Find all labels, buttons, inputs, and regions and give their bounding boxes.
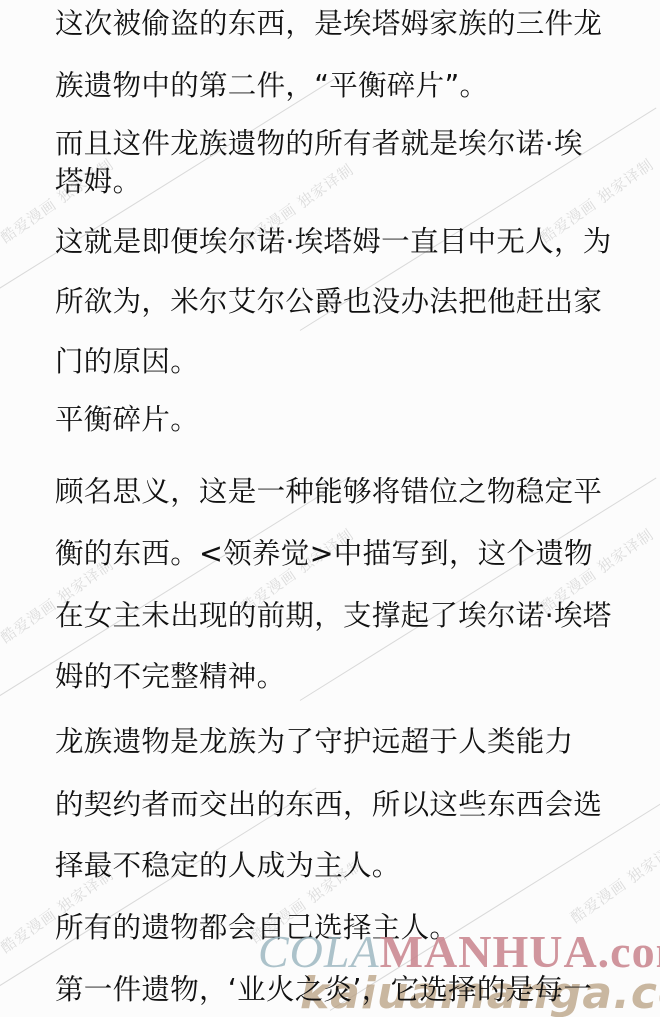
text-line: 平衡碎片。 [55,402,645,438]
text-line: 所欲为，米尔艾尔公爵也没办法把他赶出家 [55,284,645,320]
text-line: 而且这件龙族遗物的所有者就是埃尔诺·埃 [55,126,645,162]
text-line: 姆的不完整精神。 [55,659,645,695]
text-line: 族遗物中的第二件，“平衡碎片”。 [55,68,645,104]
site-watermark-manhua: MANHUA.com [380,926,660,977]
text-line: 这次被偷盗的东西，是埃塔姆家族的三件龙 [55,6,645,42]
text-line: 在女主未出现的前期，支撑起了埃尔诺·埃塔 [55,598,645,634]
text-line: 择最不稳定的人成为主人。 [55,848,645,884]
text-line: 的契约者而交出的东西，所以这些东西会选 [55,787,645,823]
text-line: 塔姆。 [55,164,645,200]
text-line: 衡的东西。<领养觉>中描写到，这个遗物 [55,536,645,572]
site-watermark: COLAMANHUA.com [258,925,660,978]
text-line: 顾名思义，这是一种能够将错位之物稳定平 [55,474,645,510]
text-line: 龙族遗物是龙族为了守护远超于人类能力 [55,724,645,760]
site-watermark-cola: COLA [258,926,380,977]
document-page: 酷爱漫画 独家译制 酷爱漫画 独家译制 酷爱漫画 独家译制 酷爱漫画 独家译制 … [0,0,660,1017]
text-line: 这就是即便埃尔诺·埃塔姆一直目中无人，为 [55,224,645,260]
text-line: 门的原因。 [55,344,645,380]
